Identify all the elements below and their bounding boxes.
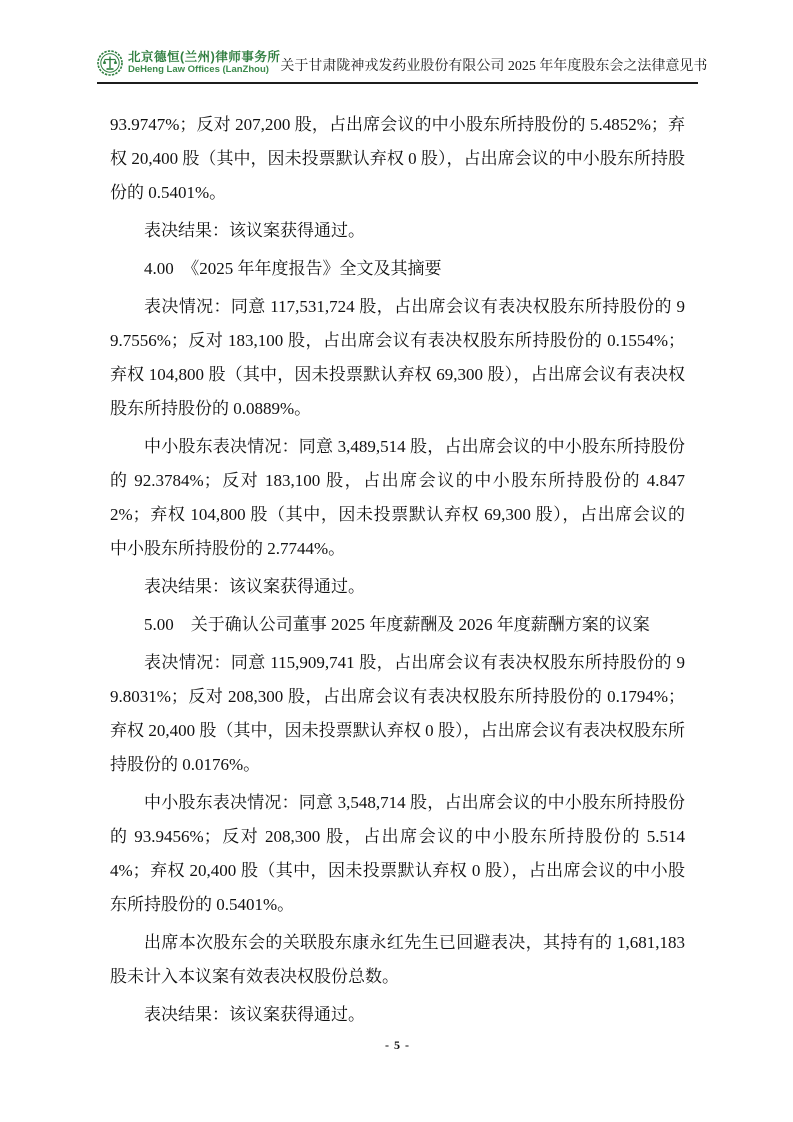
page-number: - 5 - <box>385 1038 410 1052</box>
paragraph-vote-result: 表决结果：该议案获得通过。 <box>110 570 685 604</box>
document-page: 北京德恒(兰州)律师事务所 DeHeng Law Offices (LanZho… <box>0 0 793 1122</box>
document-body: 93.9747%；反对 207,200 股，占出席会议的中小股东所持股份的 5.… <box>110 108 685 1032</box>
paragraph-minority-vote-detail: 中小股东表决情况：同意 3,548,714 股，占出席会议的中小股东所持股份的 … <box>110 786 685 922</box>
page-header: 北京德恒(兰州)律师事务所 DeHeng Law Offices (LanZho… <box>97 50 698 76</box>
page-footer: - 5 - <box>110 1036 685 1054</box>
paragraph-vote-detail-continuation: 93.9747%；反对 207,200 股，占出席会议的中小股东所持股份的 5.… <box>110 108 685 210</box>
document-title: 关于甘肃陇神戎发药业股份有限公司 2025 年年度股东会之法律意见书 <box>280 55 707 76</box>
law-firm-name-block: 北京德恒(兰州)律师事务所 DeHeng Law Offices (LanZho… <box>128 51 280 75</box>
paragraph-vote-detail: 表决情况：同意 117,531,724 股，占出席会议有表决权股东所持股份的 9… <box>110 290 685 426</box>
firm-name-cn: 北京德恒(兰州)律师事务所 <box>128 51 280 65</box>
firm-name-en: DeHeng Law Offices (LanZhou) <box>128 65 280 75</box>
law-firm-brand: 北京德恒(兰州)律师事务所 DeHeng Law Offices (LanZho… <box>97 50 280 76</box>
paragraph-vote-result: 表决结果：该议案获得通过。 <box>110 998 685 1032</box>
proposal-heading-4: 4.00 《2025 年年度报告》全文及其摘要 <box>110 252 685 286</box>
paragraph-related-shareholder-abstention: 出席本次股东会的关联股东康永红先生已回避表决，其持有的 1,681,183 股未… <box>110 926 685 994</box>
paragraph-minority-vote-detail: 中小股东表决情况：同意 3,489,514 股，占出席会议的中小股东所持股份的 … <box>110 430 685 566</box>
deheng-seal-icon <box>97 50 123 76</box>
paragraph-vote-result: 表决结果：该议案获得通过。 <box>110 214 685 248</box>
paragraph-vote-detail: 表决情况：同意 115,909,741 股，占出席会议有表决权股东所持股份的 9… <box>110 646 685 782</box>
header-divider <box>97 82 698 84</box>
proposal-heading-5: 5.00 关于确认公司董事 2025 年度薪酬及 2026 年度薪酬方案的议案 <box>110 608 685 642</box>
